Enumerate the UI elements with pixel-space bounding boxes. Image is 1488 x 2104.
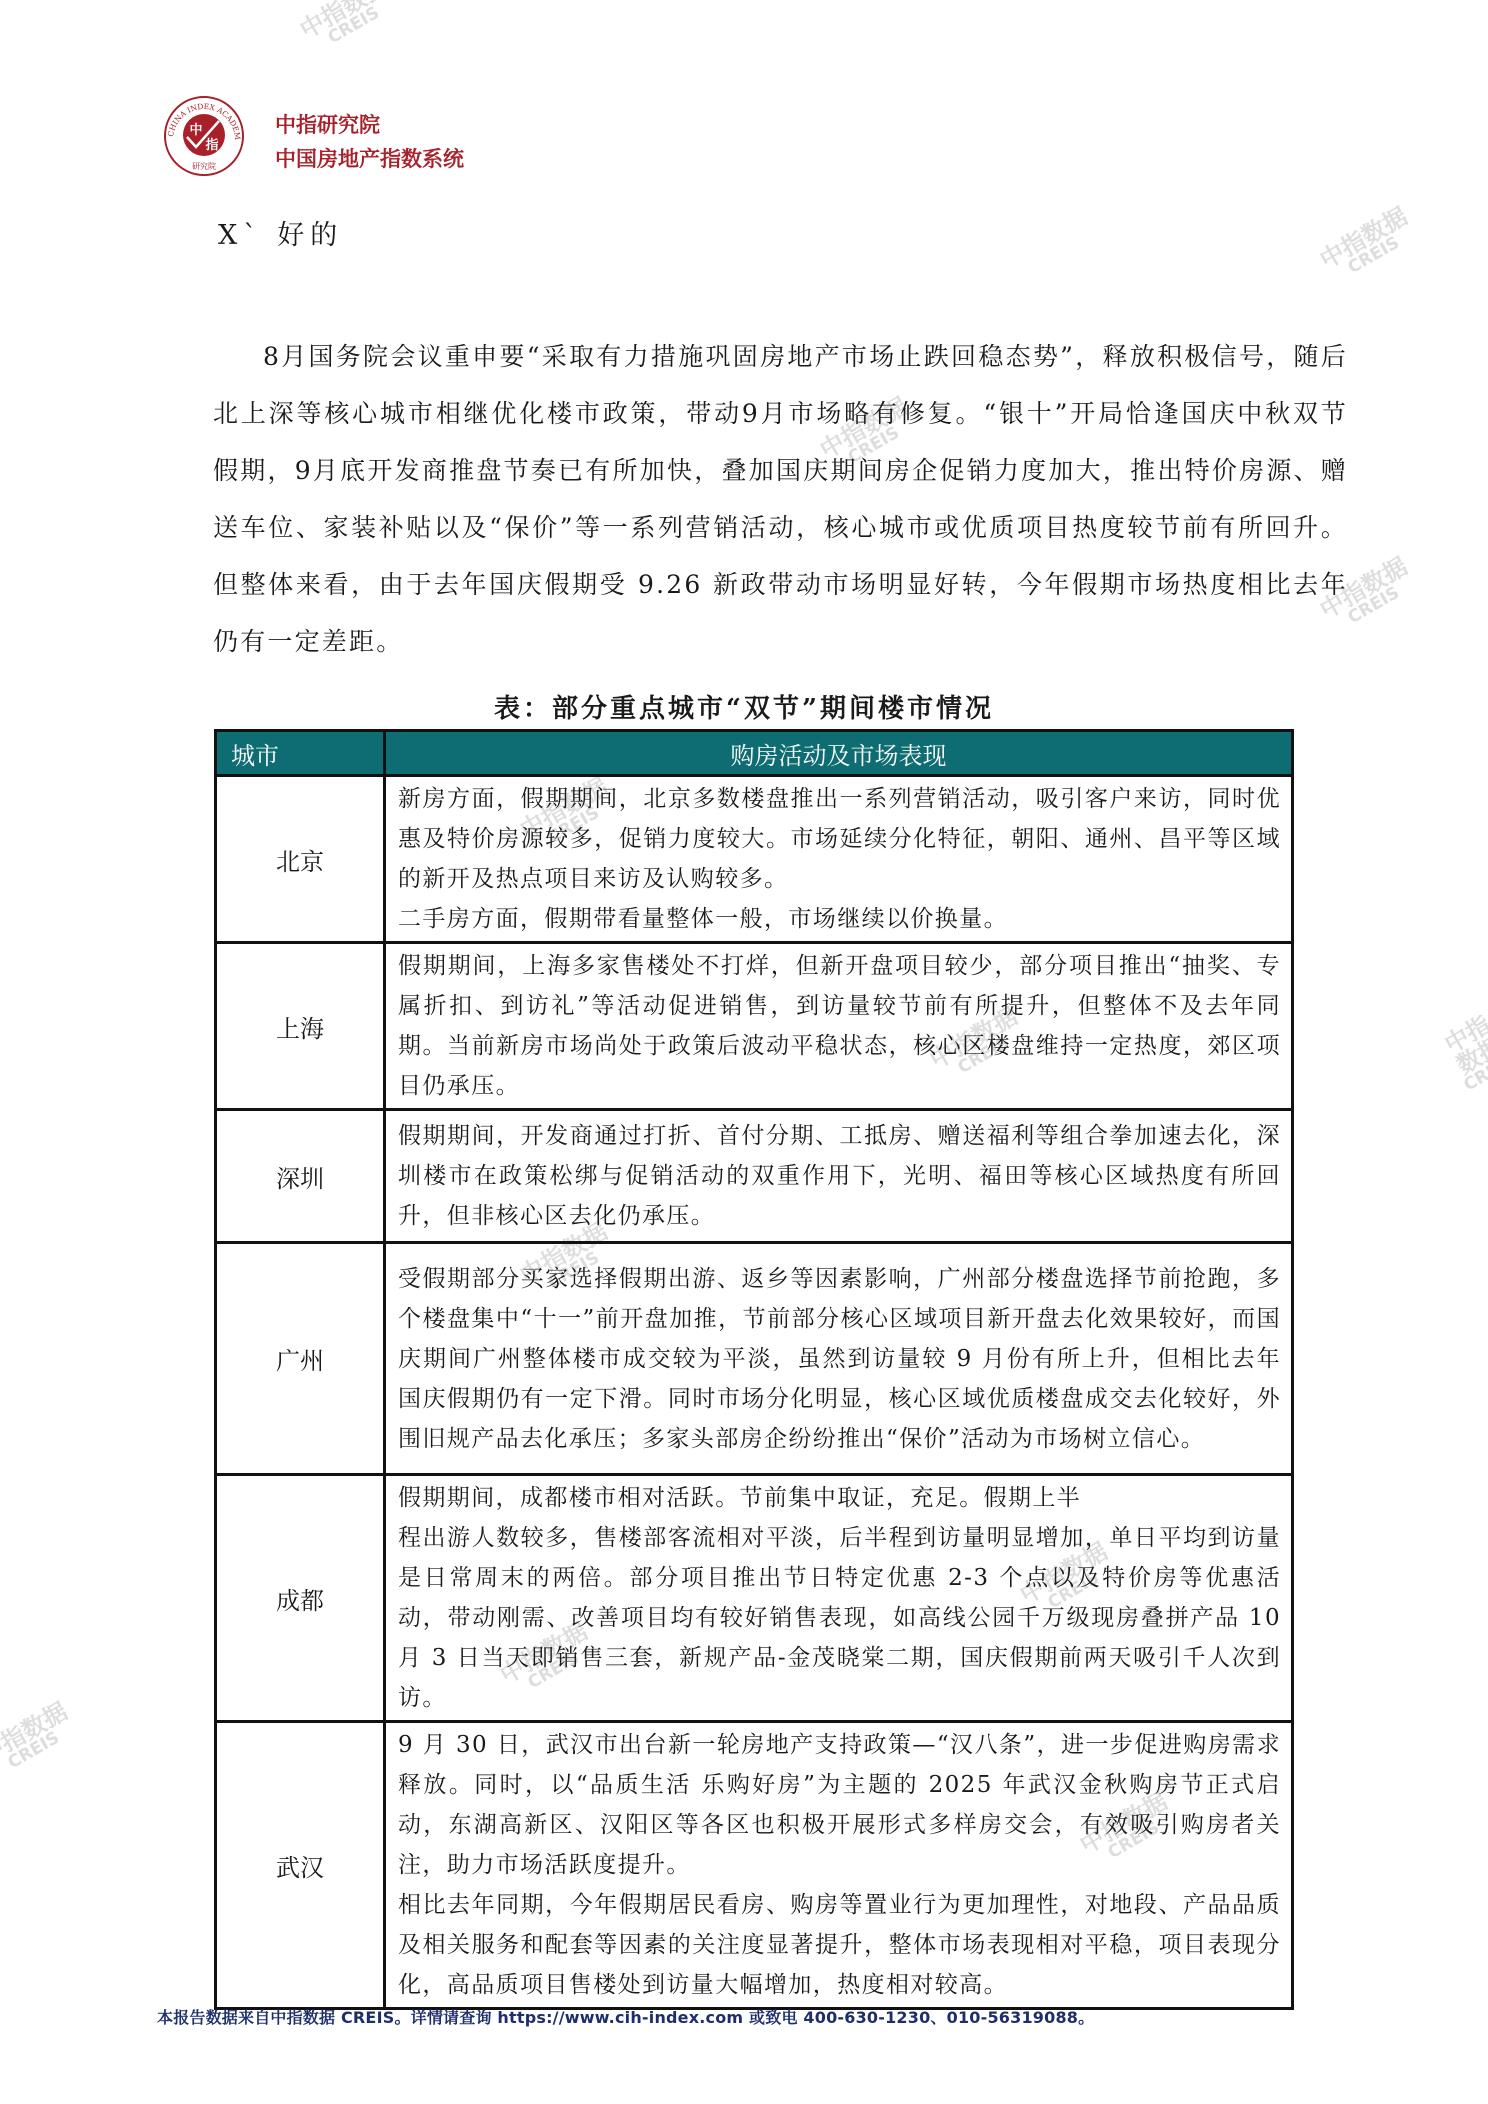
column-header-description: 购房活动及市场表现	[385, 731, 1293, 776]
description-cell: 假期期间，成都楼市相对活跃。节前集中取证，充足。假期上半 程出游人数较多，售楼部…	[385, 1475, 1293, 1722]
academy-logo: 中 指 研究院 CHINA INDEX ACADEMY	[163, 95, 245, 177]
description-cell: 新房方面，假期期间，北京多数楼盘推出一系列营销活动，吸引客户来访，同时优惠及特价…	[385, 776, 1293, 943]
table-row: 广州 受假期部分买家选择假期出游、返乡等因素影响，广州部分楼盘选择节前抢跑，多个…	[216, 1243, 1293, 1475]
description-line: 相比去年同期，今年假期居民看房、购房等置业行为更加理性，对地段、产品品质及相关服…	[398, 1885, 1281, 2005]
description-line: 9 月 30 日，武汉市出台新一轮房地产支持政策—“汉八条”，进一步促进购房需求…	[398, 1725, 1281, 1885]
body-paragraph: 8月国务院会议重申要“采取有力措施巩固房地产市场止跌回稳态势”，释放积极信号，随…	[213, 328, 1348, 670]
description-line: 假期期间，上海多家售楼处不打烊，但新开盘项目较少，部分项目推出“抽奖、专属折扣、…	[398, 946, 1281, 1106]
watermark: 中指数据CREIS	[296, 0, 400, 57]
table-row: 上海 假期期间，上海多家售楼处不打烊，但新开盘项目较少，部分项目推出“抽奖、专属…	[216, 943, 1293, 1110]
city-cell: 武汉	[216, 1722, 385, 2009]
description-line: 受假期部分买家选择假期出游、返乡等因素影响，广州部分楼盘选择节前抢跑，多个楼盘集…	[398, 1259, 1281, 1459]
watermark: 中指数据CREIS	[0, 1699, 80, 1783]
section-heading: X` 好的	[218, 213, 343, 252]
footer-source-note: 本报告数据来自中指数据 CREIS。详情请查询 https://www.cih-…	[157, 2005, 1094, 2028]
brand-line-2: 中国房地产指数系统	[275, 142, 464, 176]
table-row: 深圳 假期期间，开发商通过打折、首付分期、工抵房、赠送福利等组合拳加速去化，深圳…	[216, 1110, 1293, 1243]
watermark: 中指数据CREIS	[1437, 1010, 1488, 1094]
description-cell: 假期期间，上海多家售楼处不打烊，但新开盘项目较少，部分项目推出“抽奖、专属折扣、…	[385, 943, 1293, 1110]
table-row: 武汉 9 月 30 日，武汉市出台新一轮房地产支持政策—“汉八条”，进一步促进购…	[216, 1722, 1293, 2009]
city-cell: 广州	[216, 1243, 385, 1475]
brand-name: 中指研究院 中国房地产指数系统	[275, 108, 464, 176]
description-cell: 9 月 30 日，武汉市出台新一轮房地产支持政策—“汉八条”，进一步促进购房需求…	[385, 1722, 1293, 2009]
svg-text:指: 指	[204, 137, 218, 153]
brand-line-1: 中指研究院	[275, 108, 464, 142]
table-row: 成都 假期期间，成都楼市相对活跃。节前集中取证，充足。假期上半 程出游人数较多，…	[216, 1475, 1293, 1722]
description-line: 假期期间，开发商通过打折、首付分期、工抵房、赠送福利等组合拳加速去化，深圳楼市在…	[398, 1116, 1281, 1236]
city-cell: 深圳	[216, 1110, 385, 1243]
table-header-row: 城市 购房活动及市场表现	[216, 731, 1293, 776]
table-title: 表：部分重点城市“双节”期间楼市情况	[0, 688, 1488, 725]
description-line: 假期期间，成都楼市相对活跃。节前集中取证，充足。假期上半	[398, 1478, 1281, 1518]
svg-text:研究院: 研究院	[192, 161, 216, 171]
description-cell: 假期期间，开发商通过打折、首付分期、工抵房、赠送福利等组合拳加速去化，深圳楼市在…	[385, 1110, 1293, 1243]
city-cell: 北京	[216, 776, 385, 943]
city-market-table: 城市 购房活动及市场表现 北京 新房方面，假期期间，北京多数楼盘推出一系列营销活…	[214, 729, 1294, 2010]
column-header-city: 城市	[216, 731, 385, 776]
description-line: 二手房方面，假期带看量整体一般，市场继续以价换量。	[398, 899, 1281, 939]
description-line: 新房方面，假期期间，北京多数楼盘推出一系列营销活动，吸引客户来访，同时优惠及特价…	[398, 779, 1281, 899]
city-cell: 上海	[216, 943, 385, 1110]
svg-text:中: 中	[189, 122, 202, 138]
watermark: 中指数据CREIS	[1316, 204, 1420, 288]
description-cell: 受假期部分买家选择假期出游、返乡等因素影响，广州部分楼盘选择节前抢跑，多个楼盘集…	[385, 1243, 1293, 1475]
description-line: 程出游人数较多，售楼部客流相对平淡，后半程到访量明显增加，单日平均到访量是日常周…	[398, 1518, 1281, 1718]
city-cell: 成都	[216, 1475, 385, 1722]
table-row: 北京 新房方面，假期期间，北京多数楼盘推出一系列营销活动，吸引客户来访，同时优惠…	[216, 776, 1293, 943]
